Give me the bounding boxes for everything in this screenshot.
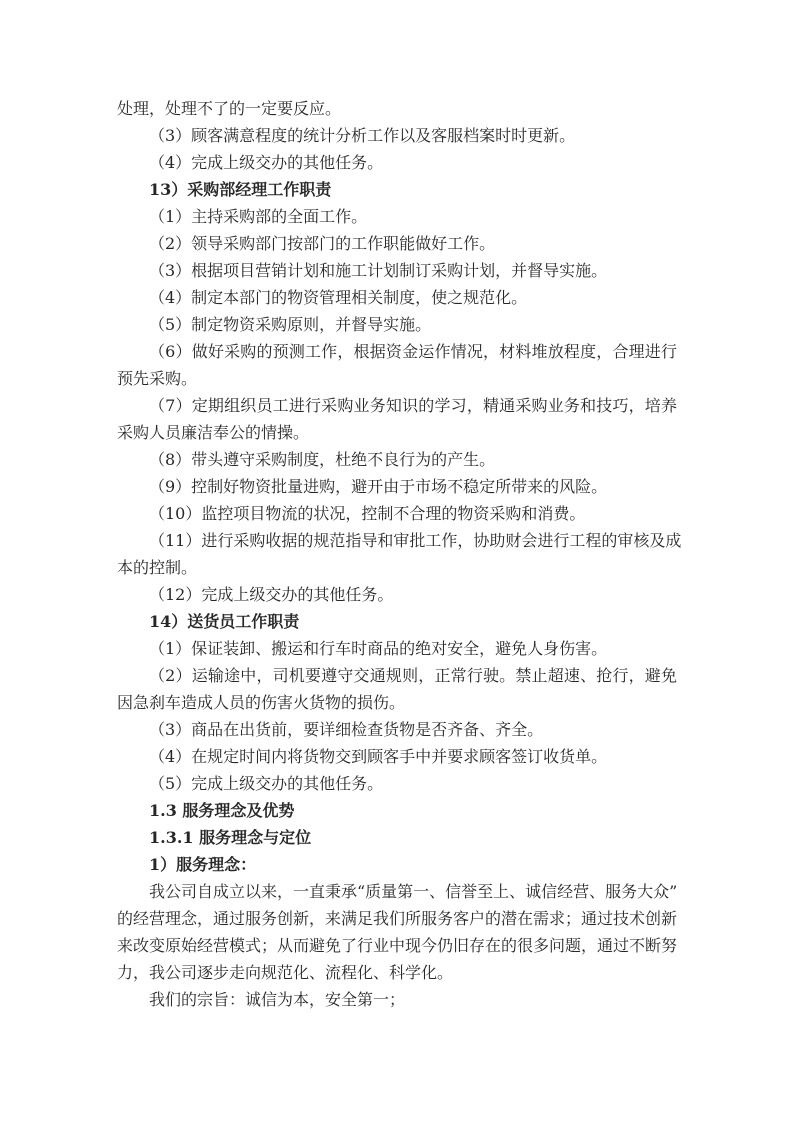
body-paragraph: （1）主持采购部的全面工作。	[117, 203, 677, 230]
text-line: （9）控制好物资批量进购，避开由于市场不稳定所带来的风险。	[117, 473, 677, 500]
text-line: 1.3 服务理念及优势	[117, 797, 677, 824]
body-paragraph: （10）监控项目物流的状况，控制不合理的物资采购和消费。	[117, 500, 677, 527]
text-line: （5）制定物资采购原则，并督导实施。	[117, 311, 677, 338]
heading-paragraph: 1.3 服务理念及优势	[117, 797, 677, 824]
body-paragraph: 我公司自成立以来，一直秉承“质量第一、信誉至上、诚信经营、服务大众”的经营理念，…	[117, 878, 677, 986]
body-paragraph: （3）商品在出货前，要详细检查货物是否齐备、齐全。	[117, 716, 677, 743]
text-line: 采购人员廉洁奉公的情操。	[117, 419, 677, 446]
body-paragraph: （2）运输途中，司机要遵守交通规则，正常行驶。禁止超速、抢行，避免因急刹车造成人…	[117, 662, 677, 716]
text-line: （4）制定本部门的物资管理相关制度，使之规范化。	[117, 284, 677, 311]
text-line: 力，我公司逐步走向规范化、流程化、科学化。	[117, 959, 677, 986]
text-line: 处理，处理不了的一定要反应。	[117, 95, 677, 122]
body-paragraph: （2）领导采购部门按部门的工作职能做好工作。	[117, 230, 677, 257]
text-line: （4）完成上级交办的其他任务。	[117, 149, 677, 176]
body-paragraph: （5）制定物资采购原则，并督导实施。	[117, 311, 677, 338]
text-line: （3）商品在出货前，要详细检查货物是否齐备、齐全。	[117, 716, 677, 743]
text-line: 的经营理念，通过服务创新，来满足我们所服务客户的潜在需求；通过技术创新	[117, 905, 677, 932]
body-paragraph: 我们的宗旨：诚信为本，安全第一；	[117, 986, 677, 1013]
text-line: 1）服务理念：	[117, 851, 677, 878]
heading-paragraph: 13）采购部经理工作职责	[117, 176, 677, 203]
body-paragraph: （3）顾客满意程度的统计分析工作以及客服档案时时更新。	[117, 122, 677, 149]
heading-paragraph: 1.3.1 服务理念与定位	[117, 824, 677, 851]
body-paragraph: （12）完成上级交办的其他任务。	[117, 581, 677, 608]
document-content: 处理，处理不了的一定要反应。（3）顾客满意程度的统计分析工作以及客服档案时时更新…	[117, 95, 677, 1013]
text-line: （10）监控项目物流的状况，控制不合理的物资采购和消费。	[117, 500, 677, 527]
body-paragraph: （3）根据项目营销计划和施工计划制订采购计划，并督导实施。	[117, 257, 677, 284]
text-line: 因急刹车造成人员的伤害火货物的损伤。	[117, 689, 677, 716]
text-line: 预先采购。	[117, 365, 677, 392]
heading-paragraph: 14）送货员工作职责	[117, 608, 677, 635]
text-line: 我们的宗旨：诚信为本，安全第一；	[117, 986, 677, 1013]
text-line: 14）送货员工作职责	[117, 608, 677, 635]
text-line: 13）采购部经理工作职责	[117, 176, 677, 203]
body-paragraph: （4）在规定时间内将货物交到顾客手中并要求顾客签订收货单。	[117, 743, 677, 770]
body-paragraph: 处理，处理不了的一定要反应。	[117, 95, 677, 122]
body-paragraph: （4）制定本部门的物资管理相关制度，使之规范化。	[117, 284, 677, 311]
text-line: （4）在规定时间内将货物交到顾客手中并要求顾客签订收货单。	[117, 743, 677, 770]
body-paragraph: （4）完成上级交办的其他任务。	[117, 149, 677, 176]
text-line: （7）定期组织员工进行采购业务知识的学习，精通采购业务和技巧，培养	[117, 392, 677, 419]
text-line: （12）完成上级交办的其他任务。	[117, 581, 677, 608]
body-paragraph: （11）进行采购收据的规范指导和审批工作，协助财会进行工程的审核及成本的控制。	[117, 527, 677, 581]
text-line: （2）运输途中，司机要遵守交通规则，正常行驶。禁止超速、抢行，避免	[117, 662, 677, 689]
text-line: （5）完成上级交办的其他任务。	[117, 770, 677, 797]
body-paragraph: （6）做好采购的预测工作，根据资金运作情况，材料堆放程度，合理进行预先采购。	[117, 338, 677, 392]
heading-paragraph: 1）服务理念：	[117, 851, 677, 878]
text-line: （11）进行采购收据的规范指导和审批工作，协助财会进行工程的审核及成	[117, 527, 677, 554]
body-paragraph: （8）带头遵守采购制度，杜绝不良行为的产生。	[117, 446, 677, 473]
text-line: （6）做好采购的预测工作，根据资金运作情况，材料堆放程度，合理进行	[117, 338, 677, 365]
body-paragraph: （5）完成上级交办的其他任务。	[117, 770, 677, 797]
text-line: （1）主持采购部的全面工作。	[117, 203, 677, 230]
text-line: 1.3.1 服务理念与定位	[117, 824, 677, 851]
text-line: （2）领导采购部门按部门的工作职能做好工作。	[117, 230, 677, 257]
document-page: 处理，处理不了的一定要反应。（3）顾客满意程度的统计分析工作以及客服档案时时更新…	[0, 0, 793, 1122]
text-line: 来改变原始经营模式；从而避免了行业中现今仍旧存在的很多问题，通过不断努	[117, 932, 677, 959]
text-line: （3）顾客满意程度的统计分析工作以及客服档案时时更新。	[117, 122, 677, 149]
text-line: 本的控制。	[117, 554, 677, 581]
text-line: （8）带头遵守采购制度，杜绝不良行为的产生。	[117, 446, 677, 473]
text-line: 我公司自成立以来，一直秉承“质量第一、信誉至上、诚信经营、服务大众”	[117, 878, 677, 905]
body-paragraph: （9）控制好物资批量进购，避开由于市场不稳定所带来的风险。	[117, 473, 677, 500]
body-paragraph: （7）定期组织员工进行采购业务知识的学习，精通采购业务和技巧，培养采购人员廉洁奉…	[117, 392, 677, 446]
text-line: （3）根据项目营销计划和施工计划制订采购计划，并督导实施。	[117, 257, 677, 284]
body-paragraph: （1）保证装卸、搬运和行车时商品的绝对安全，避免人身伤害。	[117, 635, 677, 662]
text-line: （1）保证装卸、搬运和行车时商品的绝对安全，避免人身伤害。	[117, 635, 677, 662]
